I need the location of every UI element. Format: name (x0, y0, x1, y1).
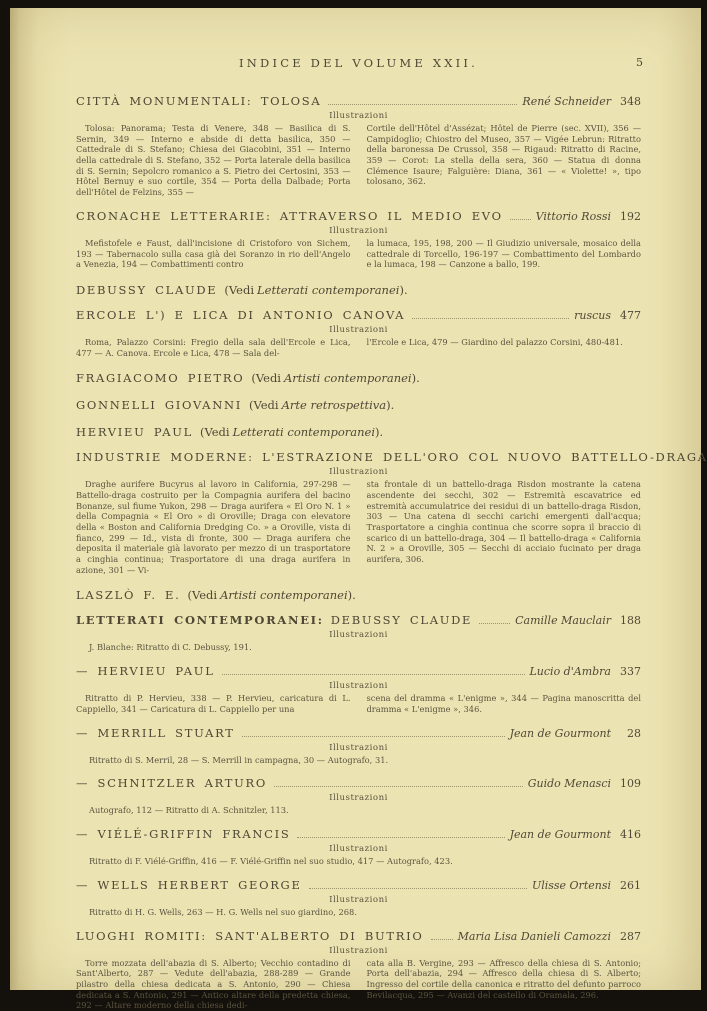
illustrations-columns: Mefistofele e Faust, dall'incisione di C… (76, 238, 641, 270)
index-entry: LUOGHI ROMITI: SANT'ALBERTO DI BUTRIO Ma… (76, 929, 641, 1000)
entry-heading: ERCOLE L') E LICA DI ANTONIO CANOVA rusc… (76, 308, 641, 322)
illustrations-text: J. Blanche: Ritratto di C. Debussy, 191. (89, 642, 641, 653)
illustrations-columns: Draghe aurifere Bucyrus al lavoro in Cal… (76, 479, 641, 575)
illustrations-text-right: Cortile dell'Hôtel d'Assézat; Hôtel de P… (367, 123, 642, 198)
crossref-target: Letterati contemporanei (233, 425, 375, 439)
dotted-leader (309, 888, 527, 889)
crossref-name: FRAGIACOMO PIETRO (76, 371, 244, 385)
entry-heading: — VIÉLÉ-GRIFFIN FRANCIS Jean de Gourmont… (76, 827, 641, 841)
entry-author: René Schneider (522, 95, 611, 108)
illustrations-columns: Tolosa: Panorama; Testa di Venere, 348 —… (76, 123, 641, 198)
page-header: INDICE DEL VOLUME XXII. 5 (76, 56, 641, 70)
dotted-leader (297, 837, 504, 838)
illustrations-text-right: cata alla B. Vergine, 293 — Affresco del… (367, 958, 642, 1000)
crossref-vedi: (Vedi (224, 283, 254, 297)
entry-author: Guido Menasci (528, 777, 611, 790)
dotted-leader (431, 939, 453, 940)
entry-author: Lucio d'Ambra (530, 665, 612, 678)
illustrations-text: Ritratto di H. G. Wells, 263 — H. G. Wel… (89, 907, 641, 918)
crossref-name: HERVIEU PAUL (76, 425, 193, 439)
entry-author: Camille Mauclair (515, 614, 611, 627)
entry-heading: CRONACHE LETTERARIE: ATTRAVERSO IL MEDIO… (76, 209, 641, 223)
dotted-leader (274, 786, 523, 787)
illustrations-label: Illustrazioni (76, 946, 641, 956)
illustrations-label: Illustrazioni (76, 895, 641, 905)
crossref-vedi: (Vedi (187, 588, 217, 602)
illustrations-text: Ritratto di F. Viélé-Griffin, 416 — F. V… (89, 856, 641, 867)
crossref-name: LASZLÒ F. E. (76, 588, 180, 602)
entry-page-ref: 188 (617, 614, 641, 627)
entry-heading: — SCHNITZLER ARTURO Guido Menasci 109 (76, 776, 641, 790)
illustrations-text-right: scena del dramma « L'enigme », 344 — Pag… (367, 693, 642, 714)
illustrations-columns: Ritratto di P. Hervieu, 338 — P. Hervieu… (76, 693, 641, 714)
entry-author: Jean de Gourmont (510, 828, 611, 841)
illustrations-text-left: Draghe aurifere Bucyrus al lavoro in Cal… (76, 479, 351, 575)
crossref-vedi: (Vedi (200, 425, 230, 439)
crossref-close: ). (348, 588, 356, 602)
illustrations-label: Illustrazioni (76, 630, 641, 640)
illustrations-columns: Roma, Palazzo Corsini: Fregio della sala… (76, 337, 641, 358)
illustrations-text-left: Tolosa: Panorama; Testa di Venere, 348 —… (76, 123, 351, 198)
illustrations-text-left: Ritratto di P. Hervieu, 338 — P. Hervieu… (76, 693, 351, 714)
entry-author: ruscus (574, 309, 611, 322)
dotted-leader (242, 736, 505, 737)
index-crossref: LASZLÒ F. E.(VediArtisti contemporanei). (76, 588, 641, 602)
illustrations-label: Illustrazioni (76, 844, 641, 854)
dotted-leader (222, 674, 525, 675)
entry-author: Maria Lisa Danieli Camozzi (458, 930, 611, 943)
illustrations-text-left: Torre mozzata dell'abazia di S. Alberto;… (76, 958, 351, 1000)
book-page: INDICE DEL VOLUME XXII. 5 CITTÀ MONUMENT… (10, 8, 701, 990)
crossref-close: ). (386, 398, 394, 412)
index-entry: LETTERATI CONTEMPORANEI: DEBUSSY CLAUDE … (76, 613, 641, 653)
index-entry: — MERRILL STUART Jean de Gourmont 28 Ill… (76, 726, 641, 766)
entry-title: CRONACHE LETTERARIE: ATTRAVERSO IL MEDIO… (76, 209, 503, 223)
index-entry: CRONACHE LETTERARIE: ATTRAVERSO IL MEDIO… (76, 209, 641, 270)
crossref-target: Letterati contemporanei (257, 283, 399, 297)
crossref-target: Artisti contemporanei (220, 588, 348, 602)
entry-title: — MERRILL STUART (76, 726, 235, 740)
index-entry: ERCOLE L') E LICA DI ANTONIO CANOVA rusc… (76, 308, 641, 358)
illustrations-text: Autografo, 112 — Ritratto di A. Schnitzl… (89, 805, 641, 816)
crossref-target: Artisti contemporanei (284, 371, 412, 385)
entry-title: ERCOLE L') E LICA DI ANTONIO CANOVA (76, 308, 405, 322)
dotted-leader (328, 104, 517, 105)
entry-page-ref: 192 (617, 210, 641, 223)
entry-author: Ulisse Ortensi (532, 879, 611, 892)
page-number: 5 (636, 56, 643, 69)
entry-page-ref: 261 (617, 879, 641, 892)
volume-index-title: INDICE DEL VOLUME XXII. (239, 56, 478, 70)
index-entry: — VIÉLÉ-GRIFFIN FRANCIS Jean de Gourmont… (76, 827, 641, 867)
index-entry: — SCHNITZLER ARTURO Guido Menasci 109 Il… (76, 776, 641, 816)
crossref-name: GONNELLI GIOVANNI (76, 398, 242, 412)
illustrations-columns: Torre mozzata dell'abazia di S. Alberto;… (76, 958, 641, 1000)
illustrations-text-right: la lumaca, 195, 198, 200 — Il Giudizio u… (367, 238, 642, 270)
scan-border: INDICE DEL VOLUME XXII. 5 CITTÀ MONUMENT… (0, 0, 707, 1000)
entry-page-ref: 477 (617, 309, 641, 322)
entry-heading: INDUSTRIE MODERNE: L'ESTRAZIONE DELL'ORO… (76, 450, 641, 464)
crossref-close: ). (412, 371, 420, 385)
entry-page-ref: 337 (617, 665, 641, 678)
entry-page-ref: 109 (617, 777, 641, 790)
index-crossref: DEBUSSY CLAUDE(VediLetterati contemporan… (76, 283, 641, 297)
crossref-close: ). (375, 425, 383, 439)
dotted-leader (510, 219, 531, 220)
entry-author: Jean de Gourmont (510, 727, 611, 740)
entry-heading: CITTÀ MONUMENTALI: TOLOSA René Schneider… (76, 94, 641, 108)
illustrations-text-left: Roma, Palazzo Corsini: Fregio della sala… (76, 337, 351, 358)
entry-heading: LETTERATI CONTEMPORANEI: DEBUSSY CLAUDE … (76, 613, 641, 627)
index-crossref: GONNELLI GIOVANNI(VediArte retrospettiva… (76, 398, 641, 412)
entry-title: — SCHNITZLER ARTURO (76, 776, 267, 790)
entry-title: LUOGHI ROMITI: SANT'ALBERTO DI BUTRIO (76, 929, 424, 943)
entry-page-ref: 416 (617, 828, 641, 841)
crossref-vedi: (Vedi (251, 371, 281, 385)
crossref-name: DEBUSSY CLAUDE (76, 283, 217, 297)
illustrations-text-right: l'Ercole e Lica, 479 — Giardino del pala… (367, 337, 642, 358)
entry-title: — WELLS HERBERT GEORGE (76, 878, 302, 892)
index-entry: INDUSTRIE MODERNE: L'ESTRAZIONE DELL'ORO… (76, 450, 641, 575)
entry-author: Vittorio Rossi (536, 210, 611, 223)
index-entry: — HERVIEU PAUL Lucio d'Ambra 337 Illustr… (76, 664, 641, 714)
index-entry: — WELLS HERBERT GEORGE Ulisse Ortensi 26… (76, 878, 641, 918)
illustrations-label: Illustrazioni (76, 793, 641, 803)
index-crossref: HERVIEU PAUL(VediLetterati contemporanei… (76, 425, 641, 439)
entry-heading: — HERVIEU PAUL Lucio d'Ambra 337 (76, 664, 641, 678)
dotted-leader (479, 623, 510, 624)
entry-heading: — WELLS HERBERT GEORGE Ulisse Ortensi 26… (76, 878, 641, 892)
illustrations-text-left: Mefistofele e Faust, dall'incisione di C… (76, 238, 351, 270)
entry-title: INDUSTRIE MODERNE: L'ESTRAZIONE DELL'ORO… (76, 450, 707, 464)
entry-page-ref: 348 (617, 95, 641, 108)
entry-page-ref: 28 (617, 727, 641, 740)
entry-section-title: LETTERATI CONTEMPORANEI: (76, 613, 324, 627)
illustrations-label: Illustrazioni (76, 681, 641, 691)
entry-heading: — MERRILL STUART Jean de Gourmont 28 (76, 726, 641, 740)
entry-heading: LUOGHI ROMITI: SANT'ALBERTO DI BUTRIO Ma… (76, 929, 641, 943)
illustrations-text: Ritratto di S. Merril, 28 — S. Merrill i… (89, 755, 641, 766)
entry-title: — VIÉLÉ-GRIFFIN FRANCIS (76, 827, 290, 841)
crossref-target: Arte retrospettiva (282, 398, 387, 412)
illustrations-label: Illustrazioni (76, 111, 641, 121)
illustrations-label: Illustrazioni (76, 226, 641, 236)
crossref-close: ). (399, 283, 407, 297)
illustrations-label: Illustrazioni (76, 325, 641, 335)
entry-title: DEBUSSY CLAUDE (331, 613, 472, 627)
illustrations-label: Illustrazioni (76, 743, 641, 753)
dotted-leader (412, 318, 569, 319)
illustrations-label: Illustrazioni (76, 467, 641, 477)
entry-page-ref: 287 (617, 930, 641, 943)
entry-title: CITTÀ MONUMENTALI: TOLOSA (76, 94, 321, 108)
index-crossref: FRAGIACOMO PIETRO(VediArtisti contempora… (76, 371, 641, 385)
index-entry: CITTÀ MONUMENTALI: TOLOSA René Schneider… (76, 94, 641, 198)
crossref-vedi: (Vedi (249, 398, 279, 412)
illustrations-text-right: sta frontale di un battello-draga Risdon… (367, 479, 642, 575)
entry-title: — HERVIEU PAUL (76, 664, 215, 678)
